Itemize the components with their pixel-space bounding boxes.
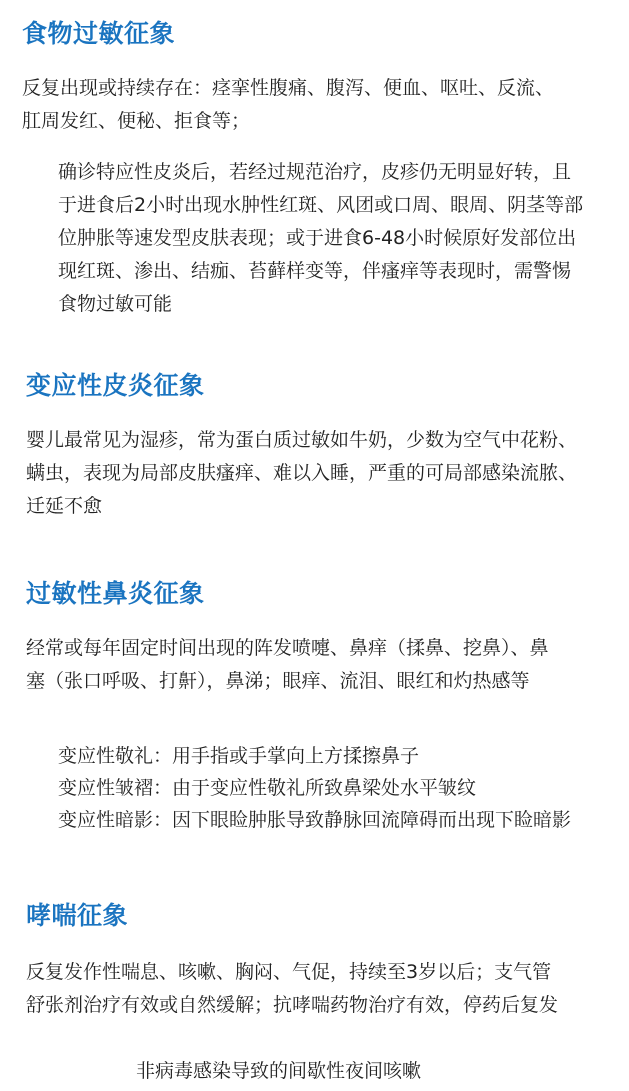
text-line: 反复发作性喘息、咳嗽、胸闷、气促，持续至3岁以后；支气管 (26, 956, 558, 989)
text-line: 位肿胀等速发型皮肤表现；或于进食6-48小时候原好发部位出 (58, 222, 583, 255)
food-allergy-symptoms-paragraph: 反复出现或持续存在：痉挛性腹痛、腹泻、便血、呕吐、反流、 肛周发红、便秘、拒食等… (22, 72, 554, 138)
allergic-rhinitis-symptoms-paragraph: 经常或每年固定时间出现的阵发喷嚏、鼻痒（揉鼻、挖鼻）、鼻 塞（张口呼吸、打鼾），… (26, 632, 549, 698)
text-line: 现红斑、渗出、结痂、苔藓样变等，伴瘙痒等表现时，需警惕 (58, 255, 583, 288)
section-title-atopic-dermatitis: 变应性皮炎征象 (26, 366, 205, 402)
text-line: 反复出现或持续存在：痉挛性腹痛、腹泻、便血、呕吐、反流、 (22, 72, 554, 105)
food-allergy-dermatitis-paragraph: 确诊特应性皮炎后，若经过规范治疗，皮疹仍无明显好转，且 于进食后2小时出现水肿性… (58, 156, 583, 321)
allergic-rhinitis-signs-list: 变应性敬礼：用手指或手掌向上方揉擦鼻子 变应性皱褶：由于变应性敬礼所致鼻梁处水平… (58, 740, 571, 836)
text-line: 非病毒感染导致的间歇性夜间咳嗽 (136, 1055, 421, 1088)
text-line: 变应性皱褶：由于变应性敬礼所致鼻梁处水平皱纹 (58, 772, 571, 804)
text-line: 婴儿最常见为湿疹，常为蛋白质过敏如牛奶，少数为空气中花粉、 (26, 424, 577, 457)
text-line: 螨虫，表现为局部皮肤瘙痒、难以入睡，严重的可局部感染流脓、 (26, 457, 577, 490)
section-title-food-allergy: 食物过敏征象 (22, 14, 175, 50)
asthma-symptoms-paragraph: 反复发作性喘息、咳嗽、胸闷、气促，持续至3岁以后；支气管 舒张剂治疗有效或自然缓… (26, 956, 558, 1022)
text-line: 变应性敬礼：用手指或手掌向上方揉擦鼻子 (58, 740, 571, 772)
text-line: 于进食后2小时出现水肿性红斑、风团或口周、眼周、阴茎等部 (58, 189, 583, 222)
text-line: 舒张剂治疗有效或自然缓解；抗哮喘药物治疗有效，停药后复发 (26, 989, 558, 1022)
asthma-cough-note: 非病毒感染导致的间歇性夜间咳嗽 (136, 1055, 421, 1088)
section-title-asthma: 哮喘征象 (26, 896, 128, 932)
section-title-allergic-rhinitis: 过敏性鼻炎征象 (26, 574, 205, 610)
text-line: 迁延不愈 (26, 490, 577, 523)
atopic-dermatitis-paragraph: 婴儿最常见为湿疹，常为蛋白质过敏如牛奶，少数为空气中花粉、 螨虫，表现为局部皮肤… (26, 424, 577, 523)
text-line: 塞（张口呼吸、打鼾），鼻涕；眼痒、流泪、眼红和灼热感等 (26, 665, 549, 698)
text-line: 食物过敏可能 (58, 288, 583, 321)
text-line: 确诊特应性皮炎后，若经过规范治疗，皮疹仍无明显好转，且 (58, 156, 583, 189)
text-line: 变应性暗影：因下眼睑肿胀导致静脉回流障碍而出现下睑暗影 (58, 804, 571, 836)
text-line: 肛周发红、便秘、拒食等； (22, 105, 554, 138)
text-line: 经常或每年固定时间出现的阵发喷嚏、鼻痒（揉鼻、挖鼻）、鼻 (26, 632, 549, 665)
